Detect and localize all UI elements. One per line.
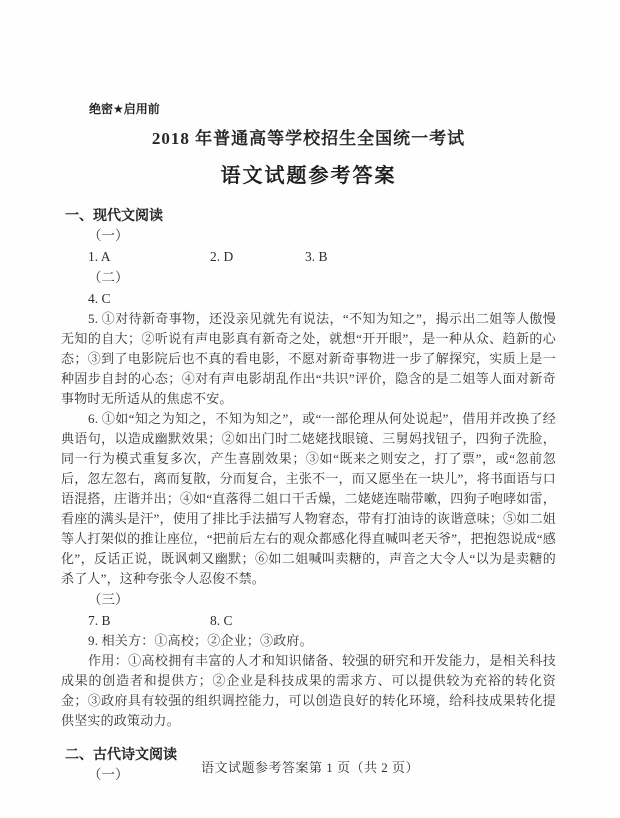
answer-8: 8. C	[210, 613, 233, 628]
document-page: 绝密★启用前 2018 年普通高等学校招生全国统一考试 语文试题参考答案 一、现…	[0, 0, 620, 818]
answer-6-paragraph: 6. ①如“知之为知之，不知为知之”，或“一部伦理从何处说起”，借用并改换了经典…	[61, 409, 556, 589]
answer-3: 3. B	[305, 249, 328, 264]
secrecy-label: 绝密★启用前	[89, 102, 556, 117]
section-1-heading: 一、现代文阅读	[65, 205, 556, 225]
answer-2: 2. D	[210, 246, 305, 267]
doc-title: 语文试题参考答案	[61, 162, 556, 190]
page-footer: 语文试题参考答案第 1 页（共 2 页）	[0, 757, 620, 776]
section-1-part-3-label: （三）	[88, 589, 556, 610]
page-content: 绝密★启用前 2018 年普通高等学校招生全国统一考试 语文试题参考答案 一、现…	[0, 0, 620, 785]
answer-9-roles-paragraph: 作用：①高校拥有丰富的人才和知识储备、较强的研究和开发能力，是相关科技成果的创造…	[61, 651, 556, 731]
answer-row-7-to-8: 7. B8. C	[88, 610, 556, 631]
answer-row-1-to-3: 1. A2. D3. B	[88, 246, 556, 267]
section-1-part-2-label: （二）	[88, 267, 556, 288]
exam-title: 2018 年普通高等学校招生全国统一考试	[61, 127, 556, 151]
answer-9-parties-line: 9. 相关方：①高校；②企业；③政府。	[61, 631, 556, 651]
answer-7: 7. B	[88, 610, 210, 631]
answer-4: 4. C	[88, 288, 556, 309]
answer-5-paragraph: 5. ①对待新奇事物，还没亲见就先有说法，“不知为知之”，揭示出二姐等人傲慢无知…	[61, 309, 556, 409]
answer-1: 1. A	[88, 246, 210, 267]
section-1-part-1-label: （一）	[88, 225, 556, 246]
